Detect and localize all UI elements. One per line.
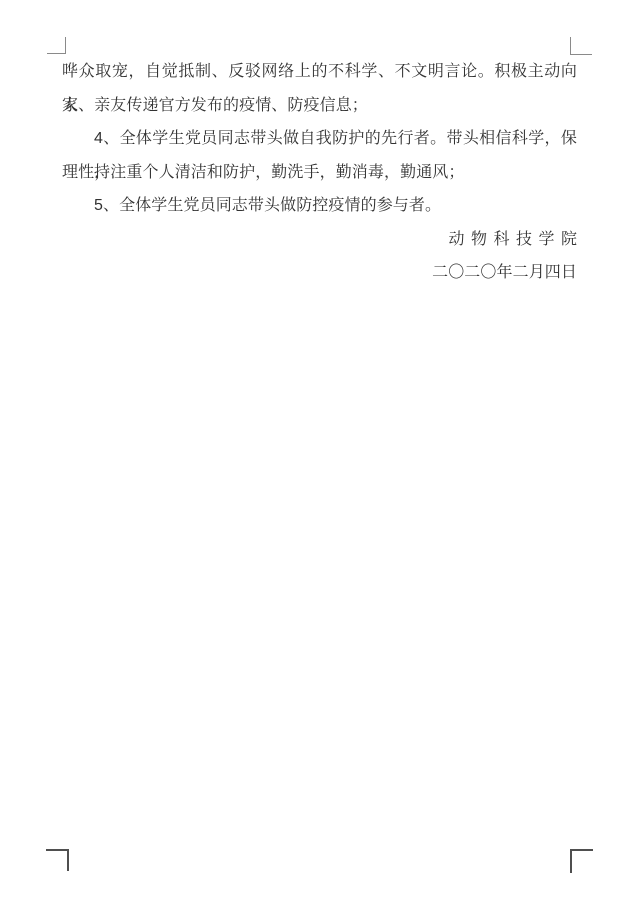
signature-line: 动物科技学院: [62, 223, 584, 257]
document-page: 哗众取宠，自觉抵制、反驳网络上的不科学、不文明言论。积极主动向家 人、亲友传递官…: [0, 0, 640, 916]
text-boundary-mark-top-right: [570, 37, 592, 55]
document-body: 哗众取宠，自觉抵制、反驳网络上的不科学、不文明言论。积极主动向家 人、亲友传递官…: [62, 55, 577, 290]
body-line-5-item-5: 5、全体学生党员同志带头做防控疫情的参与者。: [62, 189, 577, 223]
body-line-1: 哗众取宠，自觉抵制、反驳网络上的不科学、不文明言论。积极主动向家: [62, 55, 577, 89]
body-line-3-item-4: 4、全体学生党员同志带头做自我防护的先行者。带头相信科学，保持: [62, 122, 577, 156]
text-boundary-mark-top-left: [47, 37, 66, 54]
body-line-4: 理性，注重个人清洁和防护，勤洗手，勤消毒，勤通风；: [62, 156, 577, 190]
date-line: 二〇二〇年二月四日: [62, 256, 577, 290]
text-boundary-mark-bottom-right: [570, 849, 593, 873]
body-line-2: 人、亲友传递官方发布的疫情、防疫信息；: [62, 89, 577, 123]
text-boundary-mark-bottom-left: [46, 849, 69, 871]
